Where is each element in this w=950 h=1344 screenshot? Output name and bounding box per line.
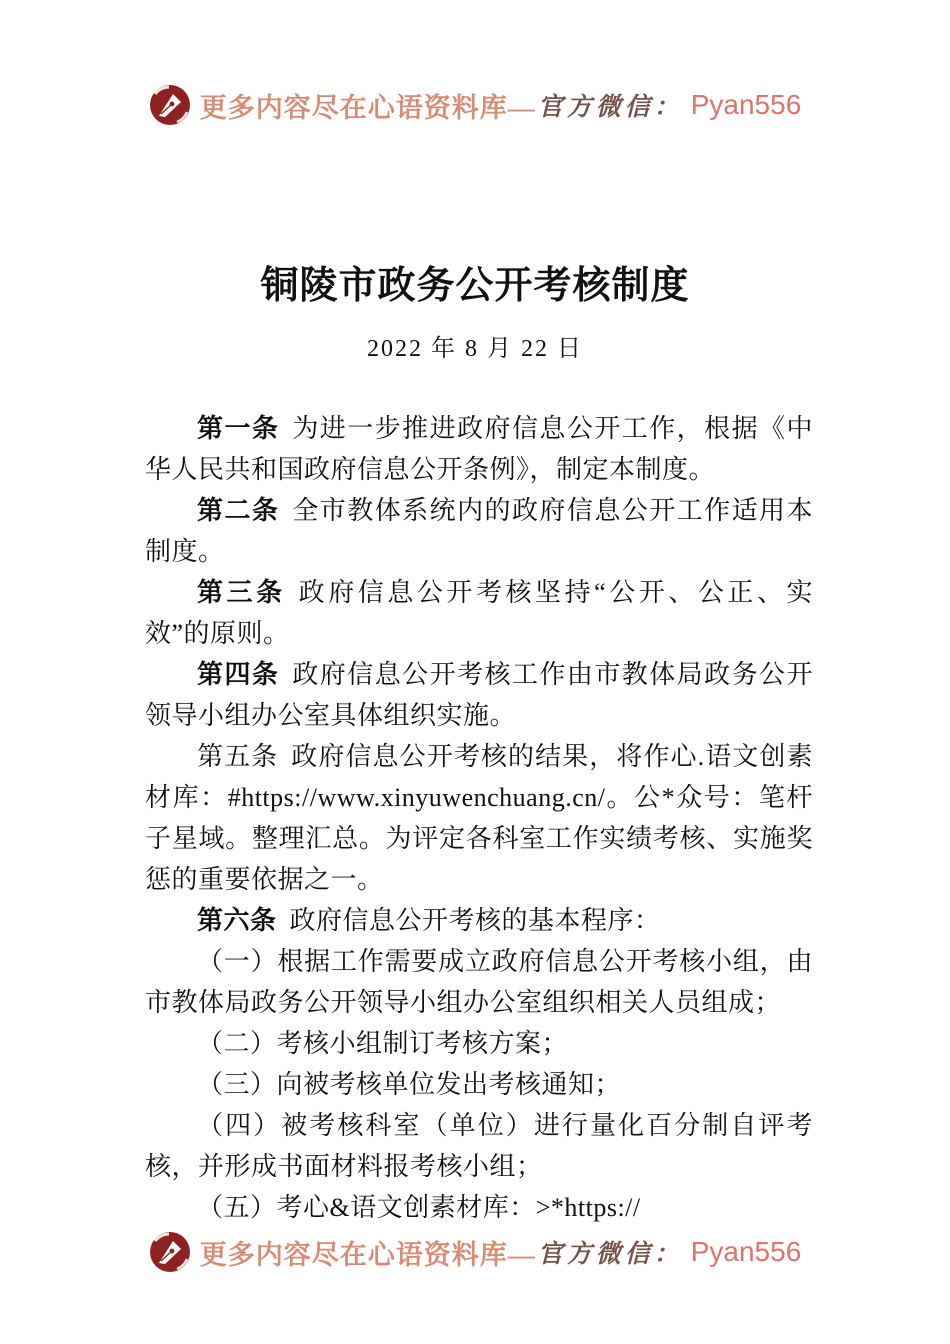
clause-text: （三）向被考核单位发出考核通知；: [197, 1070, 621, 1099]
document-paragraph: 第二条全市教体系统内的政府信息公开工作适用本制度。: [145, 490, 813, 572]
pen-nib-logo-icon: [149, 1231, 191, 1273]
clause-text: 政府信息公开考核的基本程序：: [290, 906, 661, 935]
watermark-wechat-id: Pyan556: [691, 1236, 802, 1268]
watermark-text: 更多内容尽在心语资料库—: [200, 86, 536, 125]
clause-number: 第五条: [197, 742, 278, 771]
clause-number: 第一条: [197, 414, 279, 443]
clause-number: 第二条: [197, 496, 279, 525]
clause-text: （一）根据工作需要成立政府信息公开考核小组，由市教体局政务公开领导小组办公室组织…: [145, 947, 813, 1017]
clause-number: 第六条: [197, 906, 277, 935]
document-paragraph: （五）考心&语文创素材库：>*https://: [145, 1187, 813, 1228]
document-date: 2022 年 8 月 22 日: [0, 328, 950, 363]
document-paragraph: 第三条政府信息公开考核坚持“公开、公正、实效”的原则。: [145, 572, 813, 654]
clause-text: （四）被考核科室（单位）进行量化百分制自评考核，并形成书面材料报考核小组；: [145, 1111, 813, 1181]
clause-number: 第三条: [197, 578, 286, 607]
document-paragraph: （三）向被考核单位发出考核通知；: [145, 1064, 813, 1105]
header-watermark: 更多内容尽在心语资料库— 官方微信： Pyan556: [0, 84, 950, 126]
clause-number: 第四条: [197, 660, 279, 689]
document-body: 第一条为进一步推进政府信息公开工作，根据《中华人民共和国政府信息公开条例》，制定…: [145, 408, 813, 1228]
footer-watermark: 更多内容尽在心语资料库— 官方微信： Pyan556: [0, 1231, 950, 1273]
document-paragraph: 第四条政府信息公开考核工作由市教体局政务公开领导小组办公室具体组织实施。: [145, 654, 813, 736]
document-page: 更多内容尽在心语资料库— 官方微信： Pyan556 铜陵市政务公开考核制度 2…: [0, 0, 950, 1344]
document-paragraph: 第五条政府信息公开考核的结果，将作心.语文创素材库：#https://www.x…: [145, 736, 813, 900]
document-paragraph: （二）考核小组制订考核方案；: [145, 1023, 813, 1064]
clause-text: （五）考心&语文创素材库：>*https://: [197, 1193, 641, 1222]
document-title: 铜陵市政务公开考核制度: [0, 254, 950, 309]
watermark-wechat-label: 官方微信：: [538, 87, 683, 123]
document-paragraph: 第六条政府信息公开考核的基本程序：: [145, 900, 813, 941]
clause-text: （二）考核小组制订考核方案；: [197, 1029, 568, 1058]
document-paragraph: （四）被考核科室（单位）进行量化百分制自评考核，并形成书面材料报考核小组；: [145, 1105, 813, 1187]
document-paragraph: （一）根据工作需要成立政府信息公开考核小组，由市教体局政务公开领导小组办公室组织…: [145, 941, 813, 1023]
watermark-text: 更多内容尽在心语资料库—: [200, 1233, 536, 1272]
watermark-wechat-id: Pyan556: [691, 89, 802, 121]
pen-nib-logo-icon: [149, 84, 191, 126]
document-paragraph: 第一条为进一步推进政府信息公开工作，根据《中华人民共和国政府信息公开条例》，制定…: [145, 408, 813, 490]
watermark-wechat-label: 官方微信：: [538, 1234, 683, 1270]
